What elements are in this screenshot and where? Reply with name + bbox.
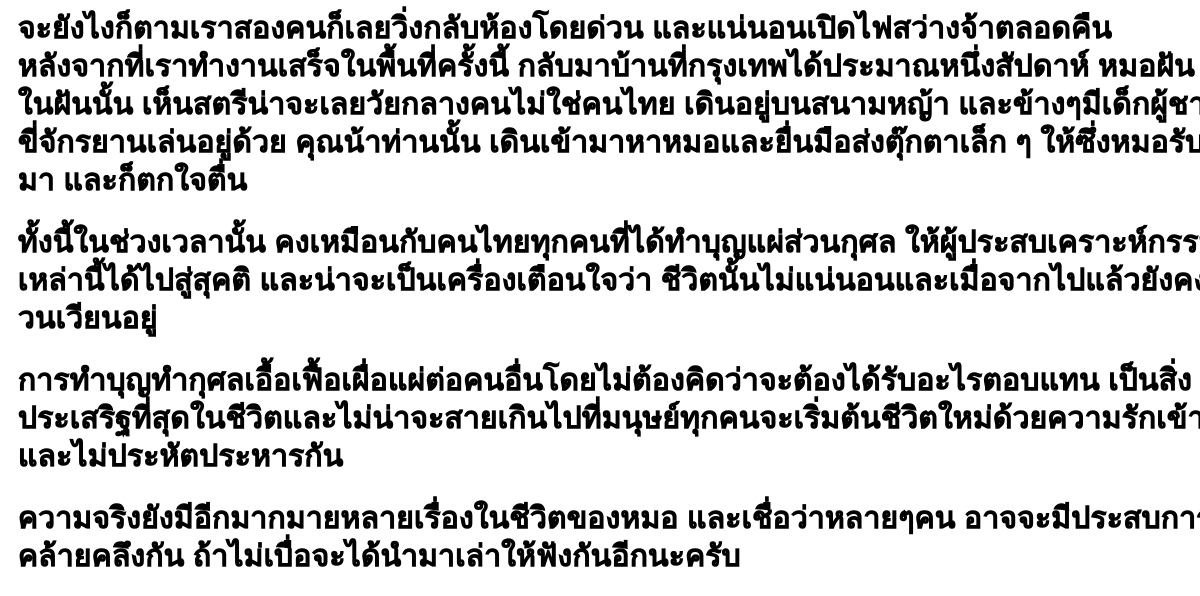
text-line: ในฝันนั้น เห็นสตรีน่าจะเลยวัยกลางคนไม่ใช… xyxy=(18,86,1186,124)
text-line: คล้ายคลึงกัน ถ้าไม่เบื่อจะได้นำมาเล่าให้… xyxy=(18,538,1186,576)
paragraph: ความจริงยังมีอีกมากมายหลายเรื่องในชีวิตข… xyxy=(18,500,1186,576)
text-line: ทั้งนี้ในช่วงเวลานั้น คงเหมือนกับคนไทยทุ… xyxy=(18,224,1186,262)
text-line: การทำบุญทำกุศลเอื้อเฟื้อเผื่อแผ่ต่อคนอื่… xyxy=(18,362,1186,400)
paragraph: จะยังไงก็ตามเราสองคนก็เลยวิ่งกลับห้องโดย… xyxy=(18,10,1186,200)
text-line: และไม่ประหัตประหารกัน xyxy=(18,438,1186,476)
document-page: จะยังไงก็ตามเราสองคนก็เลยวิ่งกลับห้องโดย… xyxy=(0,0,1200,596)
text-line: ความจริงยังมีอีกมากมายหลายเรื่องในชีวิตข… xyxy=(18,500,1186,538)
text-line: หลังจากที่เราทำงานเสร็จในพื้นที่ครั้งนี้… xyxy=(18,48,1186,86)
text-line: ขี่จักรยานเล่นอยู่ด้วย คุณน้าท่านนั้น เด… xyxy=(18,124,1186,162)
text-line: ประเสริฐที่สุดในชีวิตและไม่น่าจะสายเกินไ… xyxy=(18,400,1186,438)
paragraph: ทั้งนี้ในช่วงเวลานั้น คงเหมือนกับคนไทยทุ… xyxy=(18,224,1186,338)
text-line: จะยังไงก็ตามเราสองคนก็เลยวิ่งกลับห้องโดย… xyxy=(18,10,1186,48)
text-line: วนเวียนอยู่ xyxy=(18,300,1186,338)
text-line: มา และก็ตกใจตื่น xyxy=(18,162,1186,200)
text-line: เหล่านี้ได้ไปสู่สุคติ และน่าจะเป็นเครื่อ… xyxy=(18,262,1186,300)
paragraph: การทำบุญทำกุศลเอื้อเฟื้อเผื่อแผ่ต่อคนอื่… xyxy=(18,362,1186,476)
